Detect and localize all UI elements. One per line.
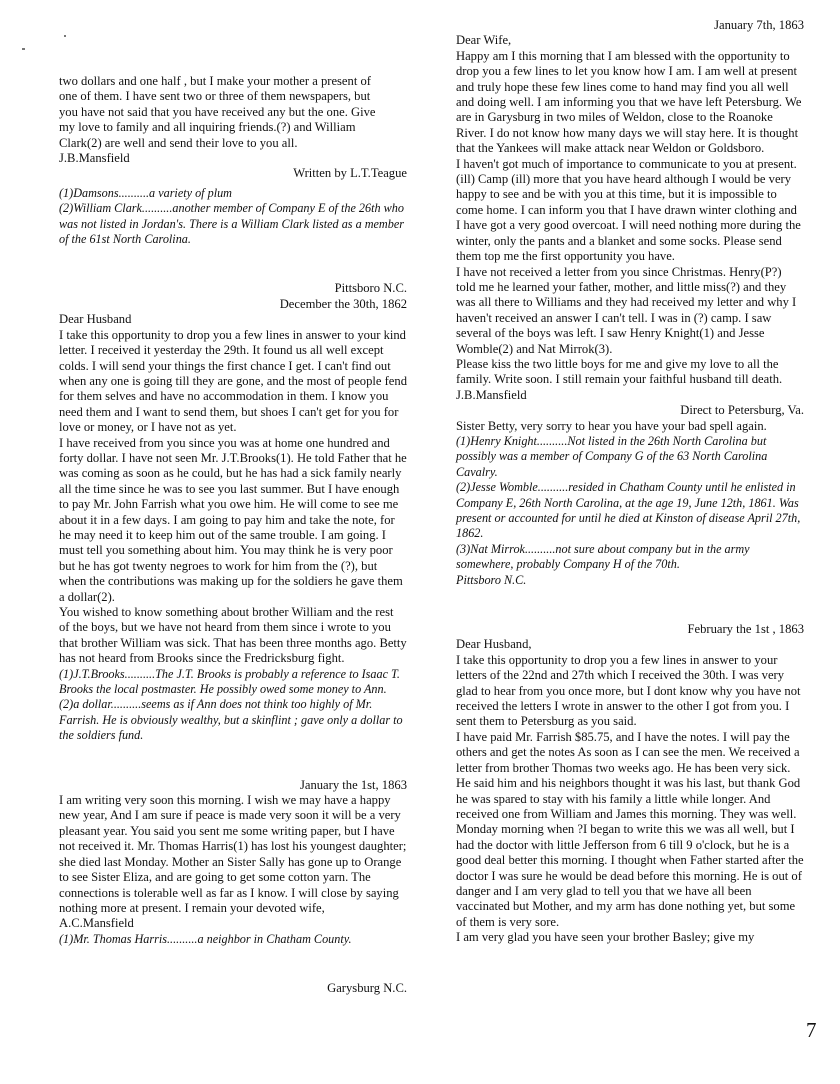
letter-place: Pittsboro N.C. [59, 281, 407, 296]
text-line: two dollars and one half , but I make yo… [59, 74, 407, 89]
footnote: (1)Henry Knight..........Not listed in t… [456, 434, 804, 480]
signature: J.B.Mansfield [456, 388, 804, 403]
paragraph: Monday morning when ?I began to write th… [456, 822, 804, 930]
paragraph: I have received from you since you was a… [59, 436, 407, 605]
footnote-place: Pittsboro N.C. [456, 573, 804, 588]
paragraph: I take this opportunity to drop you a fe… [59, 328, 407, 436]
right-column: January 7th, 1863 Dear Wife, Happy am I … [456, 18, 804, 946]
scan-speck [64, 35, 66, 37]
footnote: (1)J.T.Brooks..........The J.T. Brooks i… [59, 667, 407, 698]
letter-jan-7-1863: January 7th, 1863 Dear Wife, Happy am I … [456, 18, 804, 588]
letter-date: January the 1st, 1863 [59, 778, 407, 793]
text-line: you have not said that you have received… [59, 105, 407, 120]
paragraph: I have paid Mr. Farrish $85.75, and I ha… [456, 730, 804, 822]
letter-date: January 7th, 1863 [456, 18, 804, 33]
letter-date: December the 30th, 1862 [59, 297, 407, 312]
footnote: (1)Mr. Thomas Harris..........a neighbor… [59, 932, 407, 947]
left-column: two dollars and one half , but I make yo… [59, 74, 407, 997]
page-number: 7 [806, 1018, 817, 1043]
salutation: Dear Husband [59, 312, 407, 327]
written-by: Written by L.T.Teague [59, 166, 407, 181]
signature: A.C.Mansfield [59, 916, 407, 931]
footnote: (1)Damsons..........a variety of plum [59, 186, 407, 201]
text-line: Clark(2) are well and send their love to… [59, 136, 407, 151]
letter-date: February the 1st , 1863 [456, 622, 804, 637]
paragraph: I am writing very soon this morning. I w… [59, 793, 407, 916]
footnote: (2)William Clark..........another member… [59, 201, 407, 247]
footnote: (3)Nat Mirrok..........not sure about co… [456, 542, 804, 573]
letter-continuation: two dollars and one half , but I make yo… [59, 74, 407, 247]
paragraph: I take this opportunity to drop you a fe… [456, 653, 804, 730]
letter-direction: Direct to Petersburg, Va. [456, 403, 804, 418]
text-line: my love to family and all inquiring frie… [59, 120, 407, 135]
footnote: (2)a dollar..........seems as if Ann doe… [59, 697, 407, 743]
paragraph: Please kiss the two little boys for me a… [456, 357, 804, 388]
letter-jan-1-1863: January the 1st, 1863 I am writing very … [59, 778, 407, 947]
paragraph: You wished to know something about broth… [59, 605, 407, 667]
signature: J.B.Mansfield [59, 151, 407, 166]
paragraph: Happy am I this morning that I am blesse… [456, 49, 804, 157]
paragraph: I have not received a letter from you si… [456, 265, 804, 357]
letter-dec-30-1862: Pittsboro N.C. December the 30th, 1862 D… [59, 281, 407, 743]
scan-speck [22, 48, 25, 50]
footnote: (2)Jesse Womble..........resided in Chat… [456, 480, 804, 542]
letter-place: Garysburg N.C. [59, 981, 407, 996]
text-line: one of them. I have sent two or three of… [59, 89, 407, 104]
letter-feb-1-1863: February the 1st , 1863 Dear Husband, I … [456, 622, 804, 946]
paragraph: I haven't got much of importance to comm… [456, 157, 804, 265]
salutation: Dear Wife, [456, 33, 804, 48]
paragraph: I am very glad you have seen your brothe… [456, 930, 804, 945]
postscript: Sister Betty, very sorry to hear you hav… [456, 419, 804, 434]
salutation: Dear Husband, [456, 637, 804, 652]
